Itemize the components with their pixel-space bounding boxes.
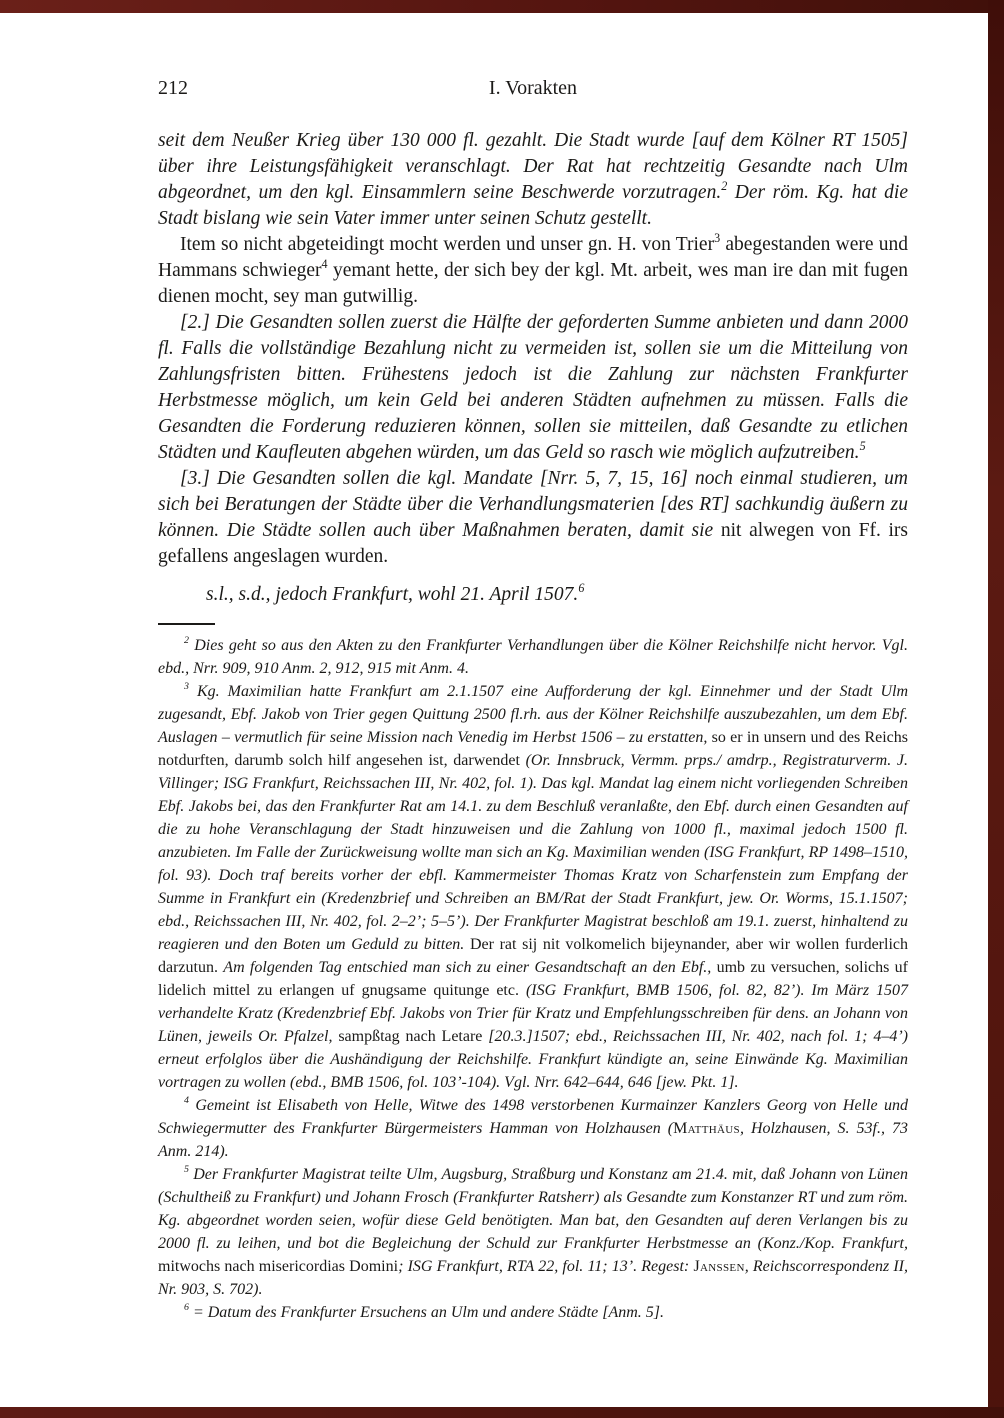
footnote-ref: 5 <box>184 1164 189 1175</box>
footnote-ref: 6 <box>184 1302 189 1313</box>
footnote-ref: 5 <box>860 439 866 453</box>
footnote-ref: 4 <box>184 1095 189 1106</box>
text-segment: sampßtag nach Letare <box>338 1028 488 1045</box>
paragraph: Item so nicht abgeteidingt mocht werden … <box>158 232 908 310</box>
running-head: I. Vorakten <box>158 76 908 100</box>
text-segment: Dies geht so aus den Akten zu den Frankf… <box>158 637 908 677</box>
text-segment: Am folgenden Tag entschied man sich zu e… <box>223 959 716 976</box>
footnote: 4 Gemeint ist Elisabeth von Helle, Witwe… <box>158 1094 908 1163</box>
text-segment: (Or. Innsbruck, Vermm. prps./ amdrp., Re… <box>158 752 908 953</box>
text-segment: Janssen <box>693 1258 744 1275</box>
page-number: 212 <box>158 76 188 100</box>
scan-edge-right <box>988 0 1004 1418</box>
text-segment: Der Frankfurter Magistrat teilte Ulm, Au… <box>158 1166 908 1252</box>
footnote: 6 = Datum des Frankfurter Ersuchens an U… <box>158 1301 908 1324</box>
footnote-ref: 4 <box>322 257 328 271</box>
text-segment: Matthäus <box>673 1120 740 1137</box>
paragraph: seit dem Neußer Krieg über 130 000 fl. g… <box>158 128 908 232</box>
footnote-ref: 2 <box>184 635 189 646</box>
scan-edge-bottom <box>0 1407 1004 1418</box>
paragraph: [3.] Die Gesandten sollen die kgl. Manda… <box>158 466 908 570</box>
book-page-scan: 212 I. Vorakten seit dem Neußer Krieg üb… <box>0 0 1004 1418</box>
footnote: 3 Kg. Maximilian hatte Frankfurt am 2.1.… <box>158 680 908 1094</box>
footnote-ref: 6 <box>578 581 584 595</box>
page-content: 212 I. Vorakten seit dem Neußer Krieg üb… <box>158 0 908 1324</box>
text-segment: mitwochs nach misericordias Domini <box>158 1258 398 1275</box>
footnote-ref: 3 <box>184 681 189 692</box>
text-segment: [2.] Die Gesandten sollen zuerst die Häl… <box>158 312 908 463</box>
main-text: seit dem Neußer Krieg über 130 000 fl. g… <box>158 128 908 570</box>
text-segment: = Datum des Frankfurter Ersuchens an Ulm… <box>189 1304 664 1321</box>
footnote-ref: 2 <box>721 179 727 193</box>
footnote: 5 Der Frankfurter Magistrat teilte Ulm, … <box>158 1163 908 1301</box>
text-segment: Item so nicht abgeteidingt mocht werden … <box>180 234 714 255</box>
text-segment: s.l., s.d., jedoch Frankfurt, wohl 21. A… <box>206 584 578 605</box>
scan-edge-top <box>0 0 1004 13</box>
paragraph: [2.] Die Gesandten sollen zuerst die Häl… <box>158 310 908 466</box>
footnote-ref: 3 <box>714 231 720 245</box>
footnotes-block: 2 Dies geht so aus den Akten zu den Fran… <box>158 634 908 1324</box>
page-header: 212 I. Vorakten <box>158 76 908 100</box>
footnote-separator-rule <box>158 623 215 625</box>
text-segment: ; ISG Frankfurt, RTA 22, fol. 11; 13’. R… <box>398 1258 693 1275</box>
footnote: 2 Dies geht so aus den Akten zu den Fran… <box>158 634 908 680</box>
dateline: s.l., s.d., jedoch Frankfurt, wohl 21. A… <box>206 582 908 608</box>
